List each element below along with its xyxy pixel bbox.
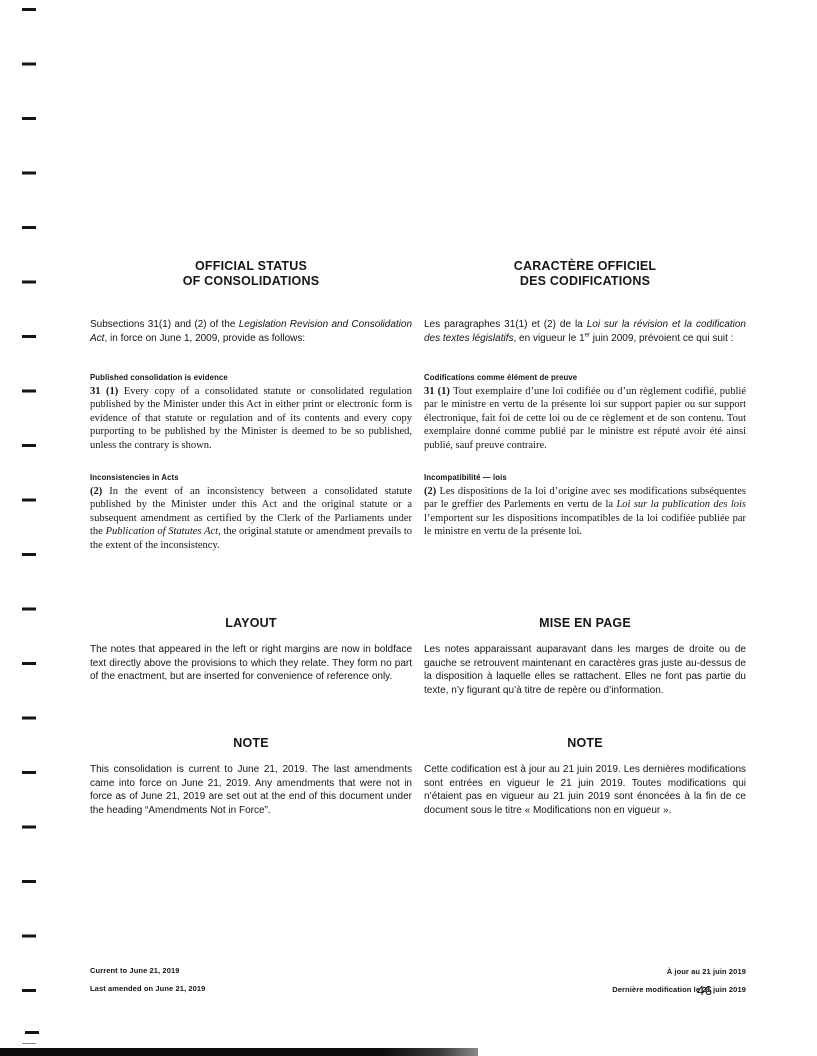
fr-provision-31-1-body: 31 (1) Tout exemplaire d’une loi codifié… [424,385,746,452]
fr-provision-31-1-label: Codifications comme élément de preuve [424,373,746,383]
fr-layout-paragraph: Les notes apparaissant auparavant dans l… [424,643,746,697]
footer-derniere-modification: Dernière modification le 21 juin 2019 [612,985,746,994]
fr-note-heading: NOTE [424,736,746,750]
en-layout-paragraph: The notes that appeared in the left or r… [90,643,412,684]
en-intro-paragraph: Subsections 31(1) and (2) of the Legisla… [90,318,412,345]
en-provision-31-1-body: 31 (1) Every copy of a consolidated stat… [90,385,412,452]
heading-line-2: DES CODIFICATIONS [424,274,746,289]
footer-last-amended: Last amended on June 21, 2019 [90,984,205,993]
en-provision-31-2-body: (2) In the event of an inconsistency bet… [90,485,412,552]
en-note-paragraph: This consolidation is current to June 21… [90,763,412,817]
scan-dash-mark [25,1031,39,1034]
fr-layout-heading: MISE EN PAGE [424,616,746,630]
fr-provision-31-2-label: Incompatibilité — lois [424,473,746,483]
heading-line-1: CARACTÈRE OFFICIEL [424,259,746,274]
fr-provision-31-2-body: (2) Les dispositions de la loi d’origine… [424,485,746,539]
en-provision-31-1-label: Published consolidation is evidence [90,373,412,383]
heading-line-2: OF CONSOLIDATIONS [90,274,412,289]
fr-provision-31-1: Codifications comme élément de preuve 31… [424,373,746,452]
en-provision-31-1: Published consolidation is evidence 31 (… [90,373,412,452]
en-provision-31-2-label: Inconsistencies in Acts [90,473,412,483]
footer-current-to: Current to June 21, 2019 [90,966,180,975]
en-note-heading: NOTE [90,736,412,750]
page-number: 46 [697,983,712,998]
fr-provision-31-2: Incompatibilité — lois (2) Les dispositi… [424,473,746,539]
english-column: OFFICIAL STATUS OF CONSOLIDATIONS Subsec… [90,0,412,1056]
french-column: CARACTÈRE OFFICIEL DES CODIFICATIONS Les… [424,0,746,1056]
heading-line-1: OFFICIAL STATUS [90,259,412,274]
binding-marks [22,8,36,1044]
scan-edge-bar [0,1048,478,1056]
fr-note-paragraph: Cette codification est à jour au 21 juin… [424,763,746,817]
footer-a-jour: À jour au 21 juin 2019 [667,967,746,976]
en-provision-31-2: Inconsistencies in Acts (2) In the event… [90,473,412,552]
caractere-officiel-heading: CARACTÈRE OFFICIEL DES CODIFICATIONS [424,259,746,289]
scanned-document-page: OFFICIAL STATUS OF CONSOLIDATIONS Subsec… [0,0,817,1056]
official-status-heading: OFFICIAL STATUS OF CONSOLIDATIONS [90,259,412,289]
en-layout-heading: LAYOUT [90,616,412,630]
fr-intro-paragraph: Les paragraphes 31(1) et (2) de la Loi s… [424,318,746,345]
